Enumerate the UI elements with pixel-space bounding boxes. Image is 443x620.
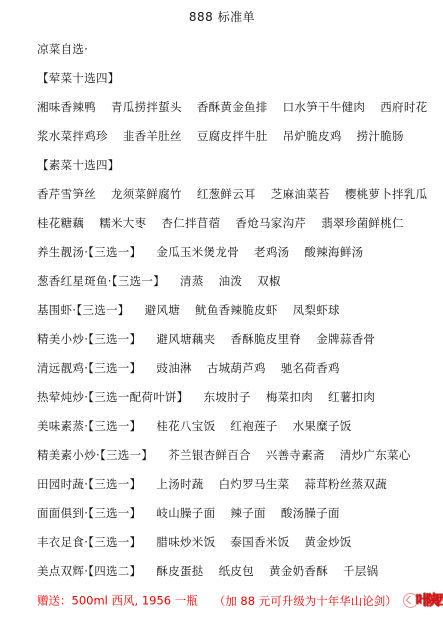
section-header-line: 【素菜十选四】 [37, 158, 425, 173]
menu-line: 美点双辉·【四选二】酥皮蛋挞纸皮包黄金奶香酥千层锅 [37, 564, 425, 579]
dish-item: 捞汁脆肠 [357, 129, 404, 143]
gift-line: 赠送：500ml 西风, 1956 一瓶（加 88 元可升级为十年华山论剑）叶陕… [37, 593, 425, 609]
gift-text: 赠送：500ml 西风, 1956 一瓶 [37, 594, 198, 608]
dish-item: 避风塘藕夹 [156, 332, 215, 346]
dish-item: 豆腐皮拌牛肚 [197, 129, 268, 143]
dish-item: 梅菜扣肉 [266, 390, 313, 404]
menu-line: 浆水菜拌鸡珍韭香羊肚丝豆腐皮拌牛肚吊炉脆皮鸡捞汁脆肠 [37, 129, 425, 144]
menu-line: 湘味香辣鸭青瓜捞拌蜇头香酥黄金鱼排口水笋干牛健肉西府时花 [37, 100, 425, 115]
dish-item: 香炝马家沟芹 [235, 216, 306, 230]
menu-document: 888 标准单 凉菜自选·【荤菜十选四】湘味香辣鸭青瓜捞拌蜇头香酥黄金鱼排口水笋… [0, 0, 443, 620]
dish-item: 老鸡汤 [254, 245, 289, 259]
red-stamp: 叶陕西华联服务监 [403, 593, 443, 609]
dish-item: 黄金炒饭 [304, 535, 351, 549]
section-header-line: 【荤菜十选四】 [37, 71, 425, 86]
stamp-text: 叶陕西华联服务监 [416, 593, 443, 609]
menu-line: 葱香红星斑鱼·【三选一】清蒸油泼双椒 [37, 274, 425, 289]
dish-item: 红袍莲子 [230, 419, 277, 433]
menu-line: 凉菜自选· [37, 42, 425, 57]
menu-line: 养生靓汤·【三选一】金瓜玉米煲龙骨老鸡汤酸辣海鲜汤 [37, 245, 425, 260]
dish-item: 樱桃萝卜拌乳瓜 [345, 187, 428, 201]
menu-line: 香芹雪笋丝龙须菜鲜腐竹红葱鲜云耳芝麻油菜苔樱桃萝卜拌乳瓜 [37, 187, 425, 202]
course-label: 葱香红星斑鱼·【三选一】 [37, 274, 165, 288]
dish-item: 口水笋干牛健肉 [283, 100, 366, 114]
dish-item: 杏仁拌苜蓿 [161, 216, 220, 230]
dish-item: 青瓜捞拌蜇头 [111, 100, 182, 114]
dish-item: 桂花糖藕 [37, 216, 84, 230]
dish-item: 龙须菜鲜腐竹 [111, 187, 182, 201]
dish-item: 双椒 [257, 274, 281, 288]
menu-lines: 凉菜自选·【荤菜十选四】湘味香辣鸭青瓜捞拌蜇头香酥黄金鱼排口水笋干牛健肉西府时花… [37, 42, 425, 579]
dish-item: 酥皮蛋挞 [156, 564, 203, 578]
dish-item: 红薯扣肉 [328, 390, 375, 404]
menu-line: 热荤炖炒·【三选一配荷叶饼】东坡肘子梅菜扣肉红薯扣肉 [37, 390, 425, 405]
dish-item: 腊味炒米饭 [156, 535, 215, 549]
dish-item: 酸辣海鲜汤 [304, 245, 363, 259]
dish-item: 清蒸 [180, 274, 204, 288]
dish-item: 东坡肘子 [204, 390, 251, 404]
dish-item: 翡翠珍菌鲜桃仁 [321, 216, 404, 230]
section-header: 【荤菜十选四】 [37, 71, 120, 85]
dish-item: 清炒广东菜心 [340, 448, 411, 462]
dish-item: 油泼 [219, 274, 243, 288]
dish-item: 凤梨虾球 [293, 303, 340, 317]
page-title: 888 标准单 [37, 10, 407, 25]
dish-item: 泰国香米饭 [230, 535, 289, 549]
dish-item: 香酥黄金鱼排 [197, 100, 268, 114]
dish-item: 香芹雪笋丝 [37, 187, 96, 201]
dish-item: 兴善寺素斋 [266, 448, 325, 462]
course-label: 养生靓汤·【三选一】 [37, 245, 141, 259]
dish-item: 芝麻油菜苔 [271, 187, 330, 201]
menu-line: 精美素小炒·【三选一】芥兰银杏鲜百合兴善寺素斋清炒广东菜心 [37, 448, 425, 463]
menu-line: 丰衣足食·【三选一】腊味炒米饭泰国香米饭黄金炒饭 [37, 535, 425, 550]
dish-item: 韭香羊肚丝 [123, 129, 182, 143]
dish-item: 纸皮包 [219, 564, 254, 578]
dish-item: 驰名荷香鸡 [281, 361, 340, 375]
menu-line: 田园时蔬·【三选一】上汤时蔬白灼罗马生菜蒜茸粉丝蒸双蔬 [37, 477, 425, 492]
dish-item: 湘味香辣鸭 [37, 100, 96, 114]
menu-line: 美味素蒸·【三选一】桂花八宝饭红袍莲子水果糜子饭 [37, 419, 425, 434]
course-label: 清远靓鸡·【三选一】 [37, 361, 141, 375]
dish-item: 桂花八宝饭 [156, 419, 215, 433]
dish-item: 芥兰银杏鲜百合 [168, 448, 251, 462]
course-label: 美点双辉·【四选二】 [37, 564, 141, 578]
menu-line: 清远靓鸡·【三选一】豉油淋古城葫芦鸡驰名荷香鸡 [37, 361, 425, 376]
menu-line: 精美小炒·【三选一】避风塘藕夹香酥脆皮里脊金牌蒜香骨 [37, 332, 425, 347]
section-header: 【素菜十选四】 [37, 158, 120, 172]
course-label: 热荤炖炒·【三选一配荷叶饼】 [37, 390, 189, 404]
menu-note: 凉菜自选· [37, 42, 88, 56]
dish-item: 酸汤臊子面 [281, 506, 340, 520]
dish-item: 避风塘 [145, 303, 180, 317]
menu-line: 基围虾·【三选一】避风塘鱿鱼香辣脆皮虾凤梨虾球 [37, 303, 425, 318]
dish-item: 千层锅 [343, 564, 378, 578]
menu-line: 桂花糖藕糯米大枣杏仁拌苜蓿香炝马家沟芹翡翠珍菌鲜桃仁 [37, 216, 425, 231]
dish-item: 糯米大枣 [99, 216, 146, 230]
dish-item: 水果糜子饭 [293, 419, 352, 433]
dish-item: 西府时花 [380, 100, 427, 114]
course-label: 美味素蒸·【三选一】 [37, 419, 141, 433]
dish-item: 金牌蒜香骨 [316, 332, 375, 346]
dish-item: 岐山臊子面 [156, 506, 215, 520]
dish-item: 上汤时蔬 [156, 477, 203, 491]
dish-item: 吊炉脆皮鸡 [283, 129, 342, 143]
course-label: 基围虾·【三选一】 [37, 303, 130, 317]
upgrade-text: （加 88 元可升级为十年华山论剑） [214, 594, 397, 608]
dish-item: 浆水菜拌鸡珍 [37, 129, 108, 143]
dish-item: 辣子面 [230, 506, 265, 520]
dish-item: 豉油淋 [156, 361, 191, 375]
menu-line: 面面俱到·【三选一】岐山臊子面辣子面酸汤臊子面 [37, 506, 425, 521]
dish-item: 黄金奶香酥 [269, 564, 328, 578]
dish-item: 红葱鲜云耳 [197, 187, 256, 201]
course-label: 丰衣足食·【三选一】 [37, 535, 141, 549]
dish-item: 香酥脆皮里脊 [230, 332, 301, 346]
dish-item: 古城葫芦鸡 [207, 361, 266, 375]
dish-item: 鱿鱼香辣脆皮虾 [195, 303, 278, 317]
course-label: 田园时蔬·【三选一】 [37, 477, 141, 491]
course-label: 精美素小炒·【三选一】 [37, 448, 153, 462]
dish-item: 金瓜玉米煲龙骨 [156, 245, 239, 259]
course-label: 精美小炒·【三选一】 [37, 332, 141, 346]
dish-item: 白灼罗马生菜 [219, 477, 290, 491]
course-label: 面面俱到·【三选一】 [37, 506, 141, 520]
dish-item: 蒜茸粉丝蒸双蔬 [304, 477, 387, 491]
